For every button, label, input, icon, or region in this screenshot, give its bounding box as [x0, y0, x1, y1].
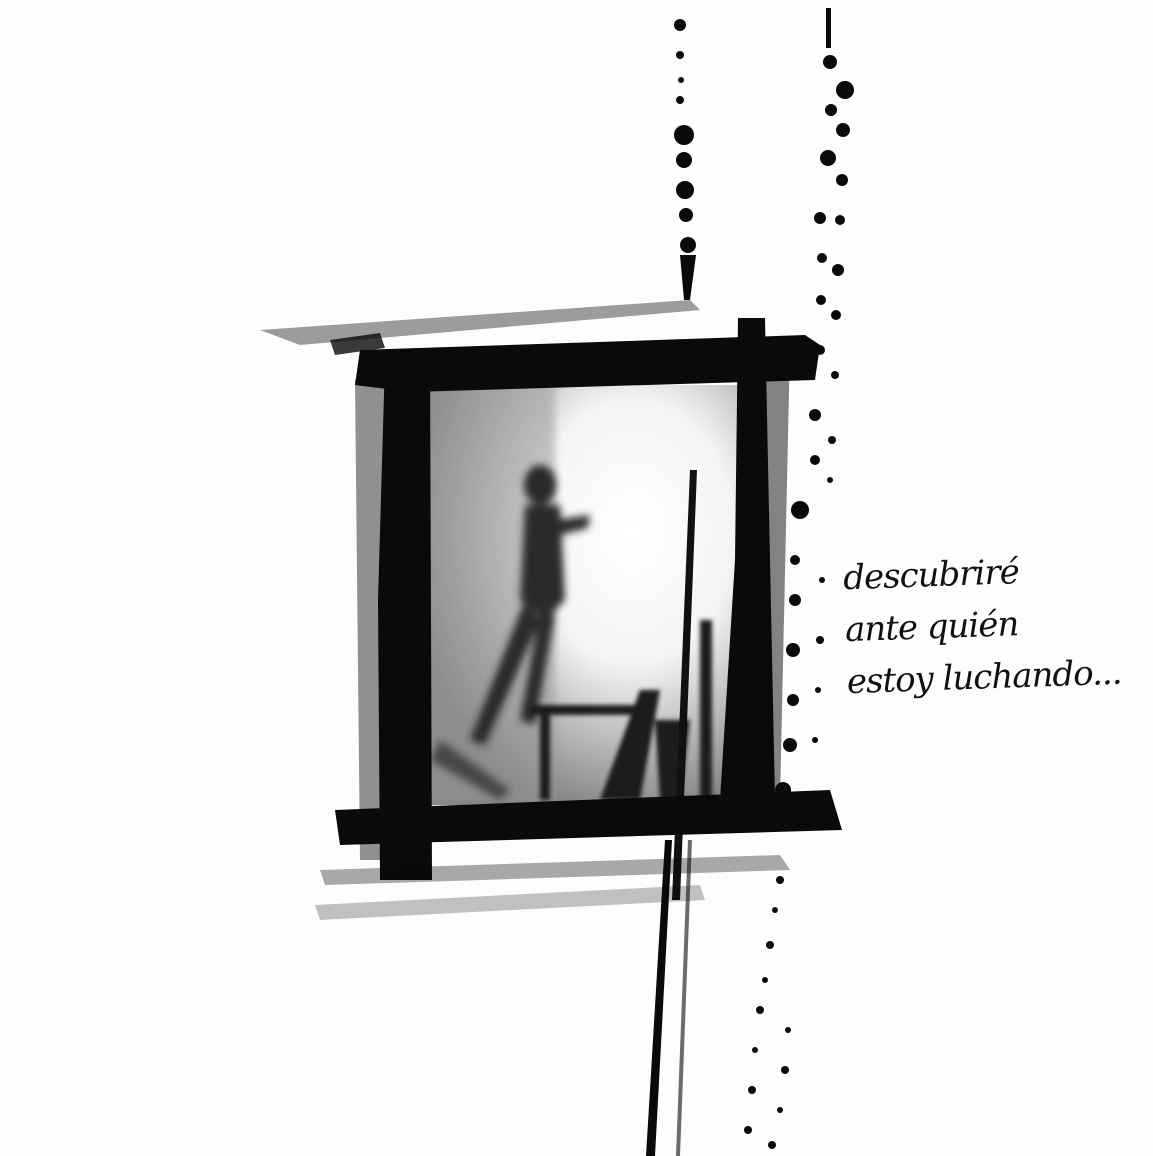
caption-line-1: descubriré — [842, 544, 1084, 604]
artwork-canvas: descubriré ante quién estoy luchando... — [0, 0, 1153, 1156]
caption-line-3: estoy luchando... — [846, 648, 1088, 708]
caption-line-2: ante quién — [844, 596, 1086, 656]
handwritten-caption: descubriré ante quién estoy luchando... — [842, 544, 1087, 708]
